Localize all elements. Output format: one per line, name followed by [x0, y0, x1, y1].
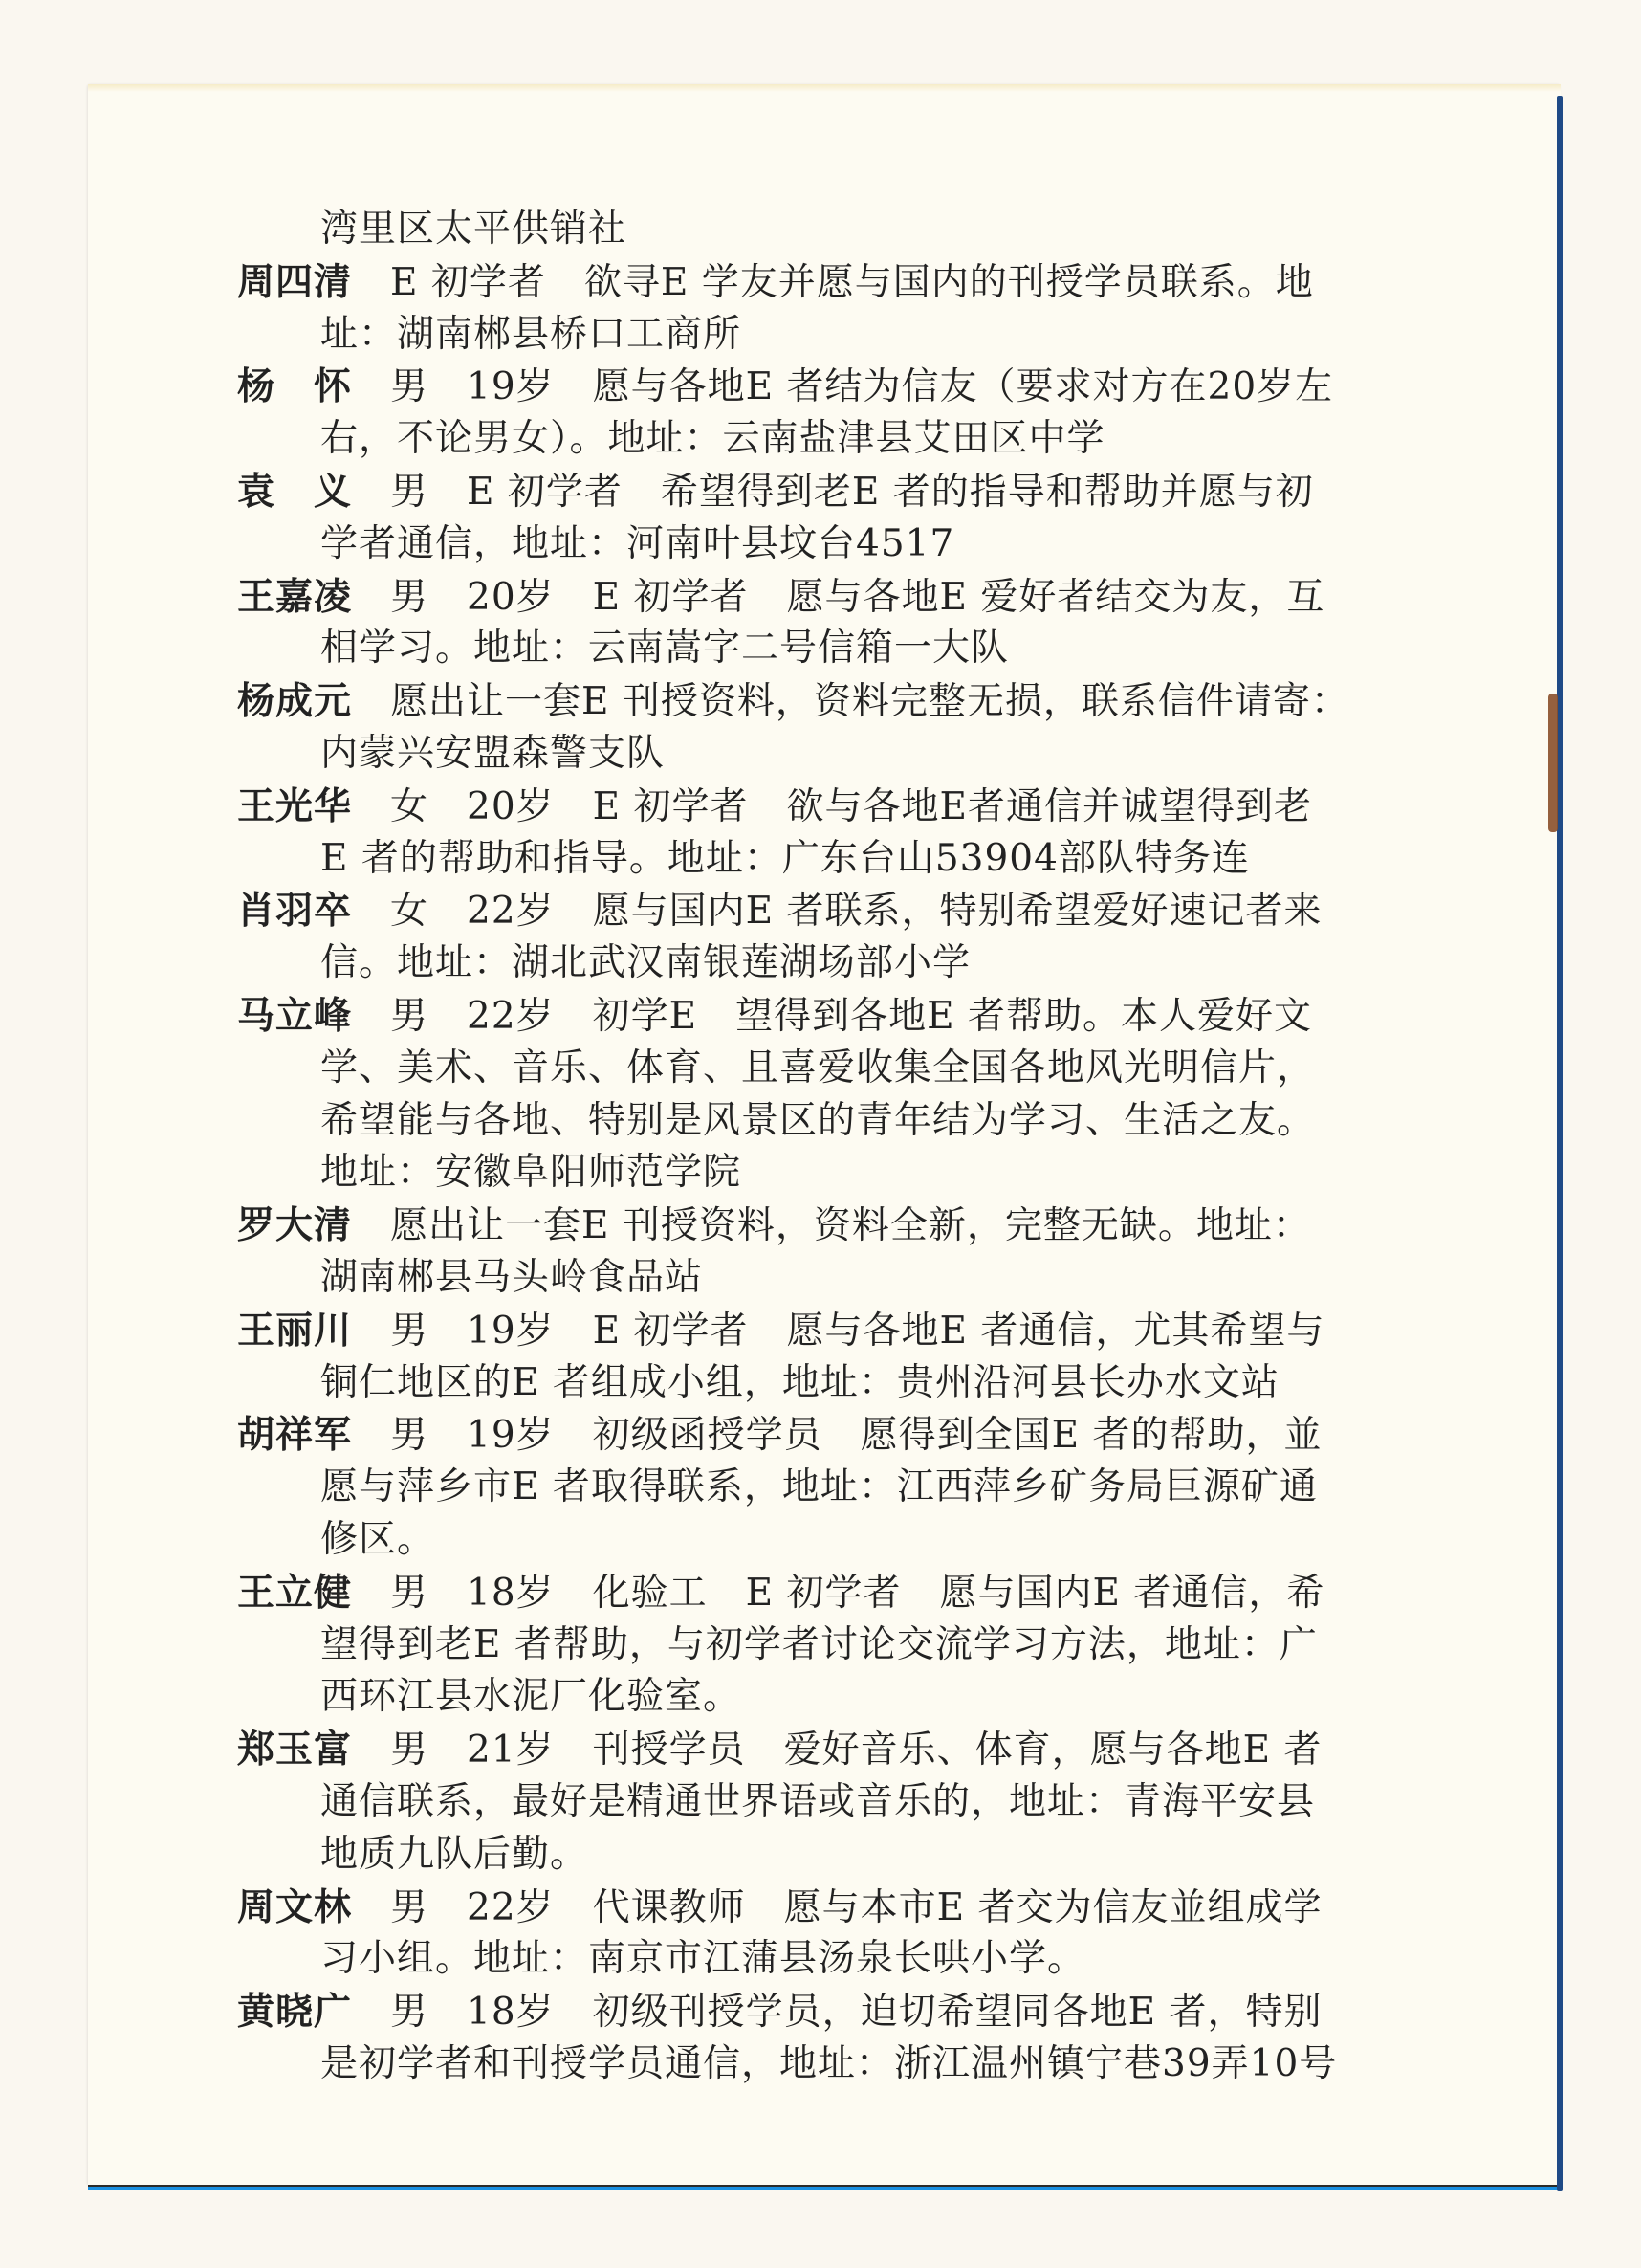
entry-head-line: 周文林 男 22岁 代课教师 愿与本市E 者交为信友並组成学: [237, 1883, 1323, 1931]
entry-head-line: 马立峰 男 22岁 初学E 望得到各地E 者帮助。本人爱好文: [237, 992, 1312, 1040]
entry-head-line: 王立健 男 18岁 化验工 E 初学者 愿与国内E 者通信，希: [237, 1569, 1324, 1617]
page-top-edge: [88, 84, 1561, 92]
entry-continuation-line: 愿与萍乡市E 者取得联系，地址：江西萍乡矿务局巨源矿通: [320, 1464, 1318, 1511]
entry-name: 王嘉凌: [237, 575, 352, 619]
entry-head-line: 王嘉凌 男 20岁 E 初学者 愿与各地E 爱好者结交为友，互: [237, 573, 1324, 621]
entry-name: 杨 怀: [237, 364, 352, 408]
entry-head-line: 杨成元 愿出让一套E 刊授资料，资料完整无损，联系信件请寄：: [237, 677, 1349, 725]
entry-continuation-line: 右，不论男女）。地址：云南盐津县艾田区中学: [320, 415, 1105, 463]
entry-head-line: 周四清 E 初学者 欲寻E 学友并愿与国内的刊授学员联系。地: [237, 258, 1314, 306]
entry-name: 周四清: [237, 260, 352, 304]
entry-name: 黄晓广: [237, 1990, 352, 2034]
entry-name: 郑玉富: [237, 1728, 352, 1772]
entry-head-line: 王光华 女 20岁 E 初学者 欲与各地E者通信并诚望得到老: [237, 782, 1312, 830]
entry-name: 周文林: [237, 1885, 352, 1929]
entry-name: 罗大清: [237, 1203, 352, 1247]
entry-continuation-line: 内蒙兴安盟森警支队: [320, 730, 665, 778]
entry-continuation-line: 学者通信，地址：河南叶县坟台4517: [320, 520, 954, 568]
entry-text: 男 E 初学者 希望得到老E 者的指导和帮助并愿与初: [352, 471, 1314, 514]
entry-head-line: 胡祥军 男 19岁 初级函授学员 愿得到全国E 者的帮助，並: [237, 1411, 1323, 1459]
entry-name: 王丽川: [237, 1309, 352, 1353]
entry-head-line: 黄晓广 男 18岁 初级刊授学员，迫切希望同各地E 者，特别: [237, 1988, 1323, 2036]
entry-continuation-line: 望得到老E 者帮助，与初学者讨论交流学习方法，地址：广: [320, 1621, 1318, 1669]
entry-continuation-line: 信。地址：湖北武汉南银莲湖场部小学: [320, 939, 971, 987]
entry-continuation-line: 习小组。地址：南京市江蒲县汤泉长哄小学。: [320, 1935, 1085, 1983]
entry-continuation-line: 湖南郴县马头岭食品站: [320, 1254, 703, 1302]
entry-text: 男 19岁 E 初学者 愿与各地E 者通信，尤其希望与: [352, 1310, 1324, 1353]
entry-head-line: 杨 怀 男 19岁 愿与各地E 者结为信友（要求对方在20岁左: [237, 363, 1333, 410]
entry-text: 男 22岁 代课教师 愿与本市E 者交为信友並组成学: [352, 1886, 1323, 1929]
entry-name: 王光华: [237, 784, 352, 828]
entry-head-line: 袁 义 男 E 初学者 希望得到老E 者的指导和帮助并愿与初: [237, 468, 1314, 516]
entry-text: E 初学者 欲寻E 学友并愿与国内的刊授学员联系。地: [352, 261, 1314, 304]
entry-text: 男 21岁 刊授学员 爱好音乐、体育，愿与各地E 者: [352, 1729, 1323, 1772]
entry-name: 袁 义: [237, 470, 352, 514]
entry-text: 男 20岁 E 初学者 愿与各地E 爱好者结交为友，互: [352, 576, 1324, 619]
entry-continuation-line: 希望能与各地、特别是风景区的青年结为学习、生活之友。: [320, 1097, 1315, 1145]
entry-continuation-line: 学、美术、音乐、体育、且喜爱收集全国各地风光明信片，: [320, 1045, 1315, 1092]
entry-continuation-line: 西环江县水泥厂化验室。: [320, 1673, 741, 1721]
entry-continuation-line: 地质九队后勤。: [320, 1831, 588, 1879]
entry-name: 王立健: [237, 1571, 352, 1615]
entry-head-line: 郑玉富 男 21岁 刊授学员 爱好音乐、体育，愿与各地E 者: [237, 1726, 1323, 1773]
entry-name: 胡祥军: [237, 1413, 352, 1457]
entry-text: 男 18岁 化验工 E 初学者 愿与国内E 者通信，希: [352, 1572, 1324, 1615]
entry-text: 女 22岁 愿与国内E 者联系，特别希望爱好速记者来: [352, 890, 1323, 933]
entry-head-line: 罗大清 愿出让一套E 刊授资料，资料全新，完整无缺。地址：: [237, 1201, 1311, 1249]
entry-text: 男 19岁 初级函授学员 愿得到全国E 者的帮助，並: [352, 1414, 1323, 1457]
entry-name: 肖羽卒: [237, 889, 352, 933]
entry-text: 愿出让一套E 刊授资料，资料全新，完整无缺。地址：: [352, 1204, 1311, 1247]
blue-spine-edge: [1557, 96, 1563, 2191]
entry-head-line: 王丽川 男 19岁 E 初学者 愿与各地E 者通信，尤其希望与: [237, 1307, 1324, 1354]
entry-text: 男 18岁 初级刊授学员，迫切希望同各地E 者，特别: [352, 1991, 1323, 2034]
rusty-staple: [1548, 694, 1558, 832]
entry-continuation-line: 地址：安徽阜阳师范学院: [320, 1149, 741, 1197]
entry-text: 愿出让一套E 刊授资料，资料完整无损，联系信件请寄：: [352, 680, 1349, 723]
entry-name: 杨成元: [237, 679, 352, 723]
carryover-address-line: 湾里区太平供销社: [320, 206, 626, 253]
entry-text: 男 19岁 愿与各地E 者结为信友（要求对方在20岁左: [352, 365, 1333, 408]
entry-continuation-line: 铜仁地区的E 者组成小组，地址：贵州沿河县长办水文站: [320, 1359, 1280, 1407]
entry-continuation-line: 相学习。地址：云南嵩字二号信箱一大队: [320, 625, 1009, 672]
entry-continuation-line: E 者的帮助和指导。地址：广东台山53904部队特务连: [320, 835, 1250, 883]
entry-name: 马立峰: [237, 994, 352, 1038]
entry-continuation-line: 址：湖南郴县桥口工商所: [320, 311, 741, 359]
entry-continuation-line: 是初学者和刊授学员通信，地址：浙江温州镇宁巷39弄10号: [320, 2040, 1337, 2088]
entry-continuation-line: 修区。: [320, 1516, 435, 1564]
entry-text: 男 22岁 初学E 望得到各地E 者帮助。本人爱好文: [352, 995, 1312, 1038]
entry-head-line: 肖羽卒 女 22岁 愿与国内E 者联系，特别希望爱好速记者来: [237, 887, 1323, 935]
entry-continuation-line: 通信联系，最好是精通世界语或音乐的，地址：青海平安县: [320, 1778, 1315, 1826]
entry-text: 女 20岁 E 初学者 欲与各地E者通信并诚望得到老: [352, 785, 1312, 828]
